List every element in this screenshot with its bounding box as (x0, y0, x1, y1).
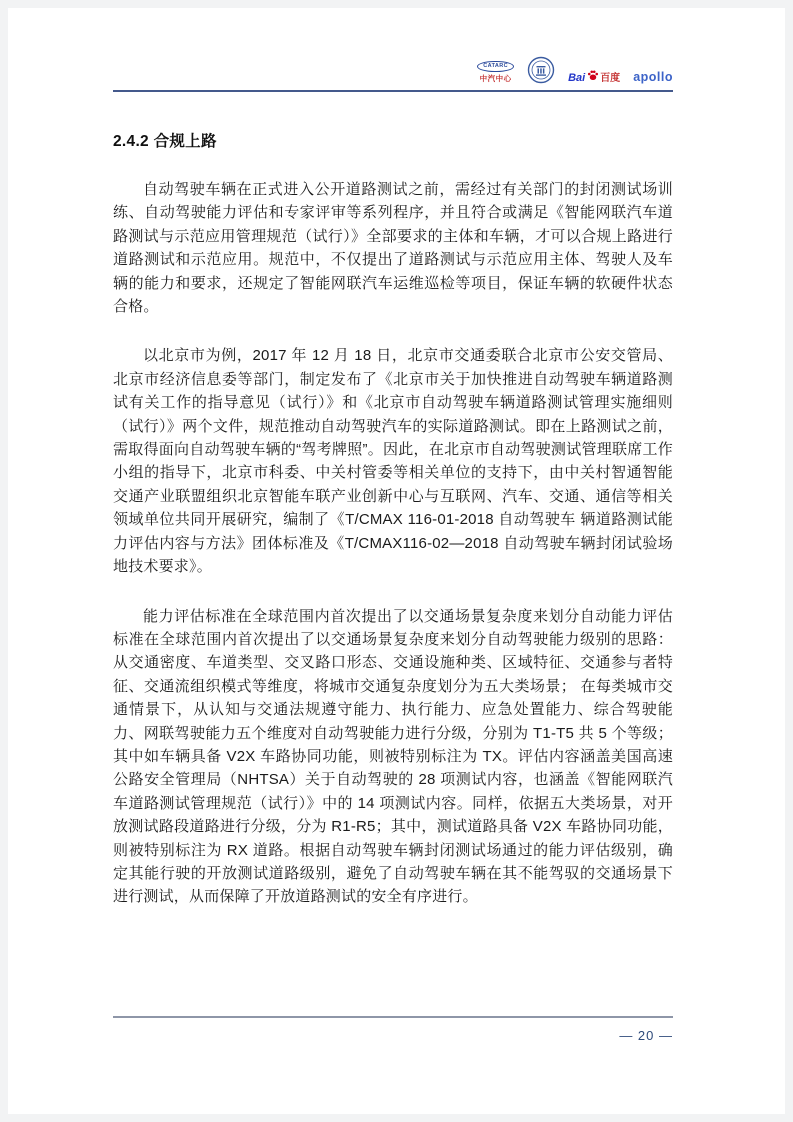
header-logos: CATARC 中汽中心 Bai (113, 0, 673, 84)
paragraph-3: 能力评估标准在全球范围内首次提出了以交通场景复杂度来划分自动能力评估标准在全球范… (113, 605, 673, 909)
catarc-oval-icon: CATARC (477, 61, 514, 73)
catarc-label: 中汽中心 (480, 73, 512, 84)
round-seal-icon (527, 56, 555, 84)
page-content: CATARC 中汽中心 Bai (113, 0, 673, 1122)
baidu-logo: Bai 百度 (568, 69, 620, 84)
baidu-chinese-label: 百度 (600, 69, 620, 84)
document-page: CATARC 中汽中心 Bai (0, 0, 793, 1122)
footer-divider (113, 1016, 673, 1018)
baidu-latin-label: Bai (568, 72, 585, 84)
apollo-logo: apollo (633, 70, 673, 84)
section-heading: 2.4.2 合规上路 (113, 132, 673, 152)
catarc-logo: CATARC 中汽中心 (477, 61, 514, 85)
paragraph-2: 以北京市为例，2017 年 12 月 18 日，北京市交通委联合北京市公安交管局… (113, 344, 673, 578)
page-number: — 20 — (113, 1028, 673, 1043)
paragraph-1: 自动驾驶车辆在正式进入公开道路测试之前，需经过有关部门的封闭测试场训练、自动驾驶… (113, 178, 673, 318)
page-footer: — 20 — (113, 1016, 673, 1043)
header-divider (113, 90, 673, 92)
baidu-paw-icon (587, 69, 599, 81)
